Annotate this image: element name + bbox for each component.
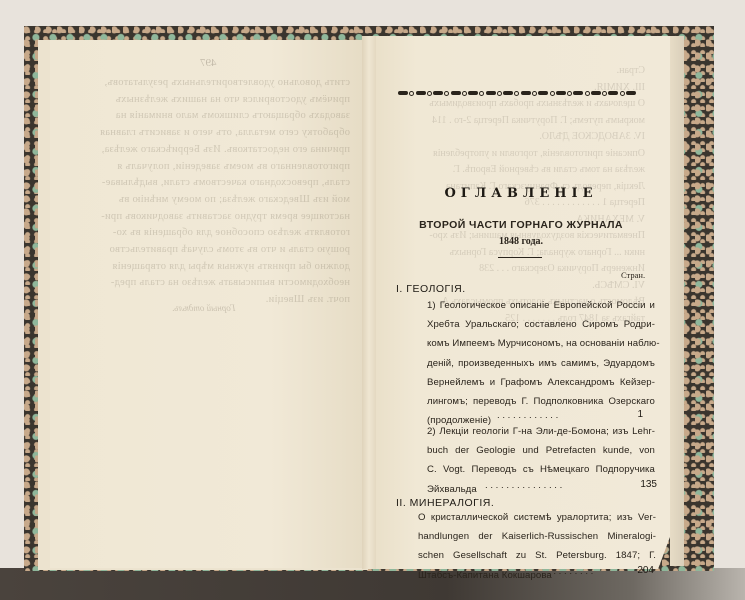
ghost-line: Стран. — [395, 63, 645, 80]
page-number: 1 — [613, 409, 643, 420]
ghost-line: мокрымъ путемъ; Г. Порутчика Перетца 2-г… — [395, 113, 645, 130]
page-number: 135 — [627, 479, 657, 490]
section-heading-geology: I. ГЕОЛОГІЯ. — [396, 283, 466, 295]
ghost-page-number: 497 — [200, 57, 217, 69]
book-gutter — [362, 36, 376, 569]
ornamental-rule-icon — [398, 89, 636, 97]
ghost-line: причёмъ удостоврился что на нашихъ желѣз… — [92, 92, 350, 109]
dot-leader: . . . . . . . . . . . . — [497, 410, 558, 421]
ghost-line: обработку сего металла, отъ чего и завис… — [92, 125, 350, 142]
ghost-line: мой изъ Шведскаго желѣза; по моему мнѣні… — [92, 192, 350, 209]
ghost-line: настоящее время трудно заставить заводчи… — [92, 209, 350, 226]
toc-title: ОГЛАВЛЕНІЕ — [372, 186, 670, 201]
ghost-signature: Горный отдѣлъ. — [172, 303, 235, 313]
ghost-line: приготовленнаго въ моемъ заведеніи, полу… — [92, 159, 350, 176]
ghost-line: заводахъ обращаютъ слишкомъ мало внимані… — [92, 108, 350, 125]
dot-leader: . . . . . . . . . . . . . . . — [485, 480, 562, 491]
toc-subtitle: ВТОРОЙ ЧАСТИ ГОРНАГО ЖУРНАЛА — [372, 219, 670, 231]
ghost-text-block: стить довольно удовлетворительныхъ резул… — [92, 75, 350, 309]
ghost-line: необходимости выписывать желѣзо на сталь… — [92, 275, 350, 292]
toc-entry-uralorthite: О кристаллической системѣ уралортита; из… — [418, 508, 656, 585]
ghost-line: должно бы принять нужныя мѣры для отвращ… — [92, 259, 350, 276]
ghost-line: Описаніе приготовленія, торговли и употр… — [395, 146, 645, 163]
right-page-stack — [670, 36, 684, 566]
ghost-line: причина его недостатковъ. Изъ Берриѣскаг… — [92, 142, 350, 159]
divider — [498, 257, 542, 258]
ghost-line: рошую сталь и что въ этомъ случаѣ правит… — [92, 242, 350, 259]
pages-column-label: Стран. — [621, 270, 645, 280]
ghost-line: сталь, превосходнаго качествомъ стали, в… — [92, 175, 350, 192]
ghost-line: О щелочахъ и желѣзныхъ пробахъ производи… — [395, 96, 645, 113]
ghost-line: IV. ЗАВОДСКОЕ ДѢЛО. — [395, 129, 645, 146]
ghost-line: стить довольно удовлетворительныхъ резул… — [92, 75, 350, 92]
dot-leader: . . . . . . . . . — [548, 566, 593, 577]
ghost-line: готовлять желѣзо способное для обращенія… — [92, 225, 350, 242]
toc-year: 1848 года. — [372, 236, 670, 247]
page-number: 204 — [624, 565, 654, 576]
ghost-line: Инженеръ Поручика Озерскаго . . . 238 — [395, 261, 645, 278]
ghost-line: желѣза на томъ стали въ сѣверной Европѣ.… — [395, 162, 645, 179]
